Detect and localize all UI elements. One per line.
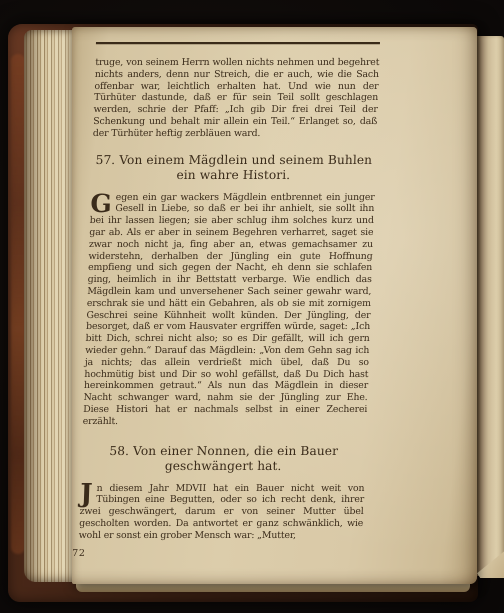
chapter-58-text: n diesem Jahr MDVII hat ein Bauer nicht … [79,483,365,541]
fore-edge-pages [24,30,78,582]
continued-paragraph: truge, von seinem Herrn wollen nichts ne… [93,57,380,140]
page-number: 72 [72,548,362,559]
chapter-57-heading-line-1: 57. Von einem Mägdlein und seinem Buhlen [92,153,377,168]
bottom-page-edges [76,583,470,592]
text-block: truge, von seinem Herrn wollen nichts ne… [78,42,380,559]
book-photo: truge, von seinem Herrn wollen nichts ne… [0,0,504,613]
drop-cap-g: G [90,192,116,214]
chapter-57-text: egen ein gar wackers Mägdlein entbrennet… [83,192,375,427]
chapter-57-heading-line-2: ein wahre Histori. [91,168,376,183]
chapter-58-paragraph: Jn diesem Jahr MDVII hat ein Bauer nicht… [79,483,365,542]
chapter-57-paragraph: Gegen ein gar wackers Mägdlein entbrenne… [83,192,375,428]
chapter-57-heading: 57. Von einem Mägdlein und seinem Buhlen… [91,153,376,183]
header-rule [96,42,380,44]
drop-cap-j: J [80,483,97,504]
chapter-58-heading: 58. Von einer Nonnen, die ein Bauer gesc… [81,444,366,474]
facing-page [476,36,504,576]
